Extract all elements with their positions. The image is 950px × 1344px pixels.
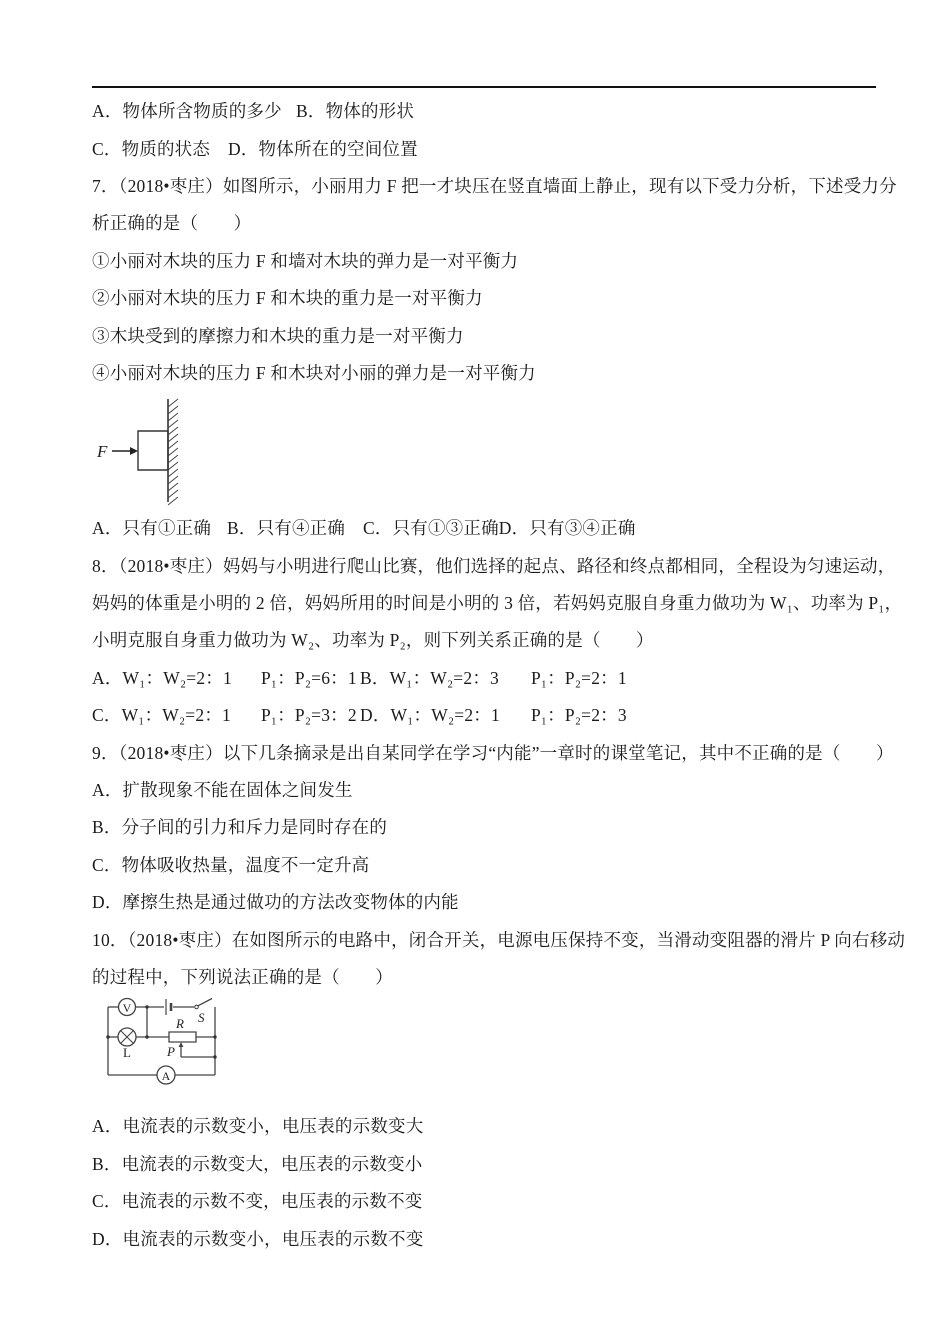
q8-stem-line2: 妈妈的体重是小明的 2 倍，妈妈所用的时间是小明的 3 倍，若妈妈克服自身重力做… [92,584,876,621]
circuit-diagram: S V L R P [94,995,234,1107]
q8-option-b-w: B．W₁：W₂=2：3 [360,665,531,690]
force-arrowhead [130,447,138,455]
q7-stem-line1: 7．（2018•枣庄）如图所示，小丽用力 F 把一才块压在竖直墙面上静止，现有以… [92,167,876,204]
q6-option-a: A．物体所含物质的多少 [92,98,296,123]
slider-label: P [166,1044,175,1059]
q7-option-d: D．只有③④正确 [499,515,636,540]
q7-option-b: B．只有④正确 [227,515,363,540]
q10-stem-line2: 的过程中，下列说法正确的是（ ） [92,958,876,995]
q6-options-row2: C．物质的状态 D．物体所在的空间位置 [92,129,876,166]
q8-option-b-p: P₁：P₂=2：1 [531,665,627,690]
q8-option-a-p: P₁：P₂=6：1 [261,665,360,690]
lamp-icon [118,1028,136,1046]
q7-stem-line2: 析正确的是（ ） [92,204,876,241]
q9-stem: 9．（2018•枣庄）以下几条摘录是出自某同学在学习“内能”一章时的课堂笔记，其… [92,733,876,770]
q6-options-row1: A．物体所含物质的多少 B．物体的形状 [92,92,876,129]
page-content: A．物体所含物质的多少 B．物体的形状 C．物质的状态 D．物体所在的空间位置 … [92,0,876,1257]
battery-icon [166,999,171,1015]
q8-option-d-w: D．W₁：W₂=2：1 [360,702,531,727]
q8-option-c-w: C．W₁：W₂=2：1 [92,702,261,727]
q10-stem-line1: 10．（2018•枣庄）在如图所示的电路中，闭合开关，电源电压保持不变，当滑动变… [92,920,876,957]
q10-figure: S V L R P [92,995,876,1107]
q7-option-c: C．只有①③正确 [363,515,499,540]
q10-option-c: C．电流表的示数不变，电压表的示数不变 [92,1182,876,1219]
ammeter-label: A [162,1069,171,1083]
q9-option-a: A．扩散现象不能在固体之间发生 [92,771,876,808]
voltmeter-label: V [123,1001,132,1015]
q8-option-d-p: P₁：P₂=2：3 [531,702,627,727]
exam-page: A．物体所含物质的多少 B．物体的形状 C．物质的状态 D．物体所在的空间位置 … [0,0,950,1344]
q8-option-a-w: A．W₁：W₂=2：1 [92,665,261,690]
q6-option-c: C．物质的状态 [92,136,228,161]
q8-option-c-p: P₁：P₂=3：2 [261,702,360,727]
q8-stem-line3: 小明克服自身重力做功为 W₂、功率为 P₂，则下列关系正确的是（ ） [92,621,876,658]
wall-hatching [168,399,178,505]
wood-block [138,431,168,470]
q6-option-b: B．物体的形状 [296,98,414,123]
q6-option-d: D．物体所在的空间位置 [228,136,418,161]
lamp-label: L [123,1045,131,1060]
q7-options-row: A．只有①正确 B．只有④正确 C．只有①③正确 D．只有③④正确 [92,509,876,546]
q10-option-b: B．电流表的示数变大，电压表的示数变小 [92,1145,876,1182]
q8-options-row2: C．W₁：W₂=2：1 P₁：P₂=3：2 D．W₁：W₂=2：1 P₁：P₂=… [92,696,876,733]
q10-option-d: D．电流表的示数变小，电压表的示数不变 [92,1219,876,1256]
slider-arrow [179,1042,184,1047]
q8-stem-line1: 8．（2018•枣庄）妈妈与小明进行爬山比赛，他们选择的起点、路径和终点都相同，… [92,547,876,584]
q10-option-a: A．电流表的示数变小，电压表的示数变大 [92,1107,876,1144]
q7-statement-4: ④小丽对木块的压力 F 和木块对小丽的弹力是一对平衡力 [92,354,876,391]
wall-block-diagram: F [92,391,292,509]
q9-option-b: B．分子间的引力和斥力是同时存在的 [92,808,876,845]
rheostat-icon [169,1032,196,1042]
q7-statement-2: ②小丽对木块的压力 F 和木块的重力是一对平衡力 [92,279,876,316]
force-label: F [96,442,108,461]
switch-label: S [198,1010,205,1025]
switch-icon [195,999,212,1009]
rheostat-label: R [175,1016,184,1031]
q7-statement-1: ①小丽对木块的压力 F 和墙对木块的弹力是一对平衡力 [92,242,876,279]
q7-figure: F [92,391,876,509]
q7-option-a: A．只有①正确 [92,515,227,540]
top-divider [92,86,876,88]
q7-statement-3: ③木块受到的摩擦力和木块的重力是一对平衡力 [92,316,876,353]
q8-options-row1: A．W₁：W₂=2：1 P₁：P₂=6：1 B．W₁：W₂=2：3 P₁：P₂=… [92,659,876,696]
q9-option-d: D．摩擦生热是通过做功的方法改变物体的内能 [92,883,876,920]
q9-option-c: C．物体吸收热量，温度不一定升高 [92,846,876,883]
